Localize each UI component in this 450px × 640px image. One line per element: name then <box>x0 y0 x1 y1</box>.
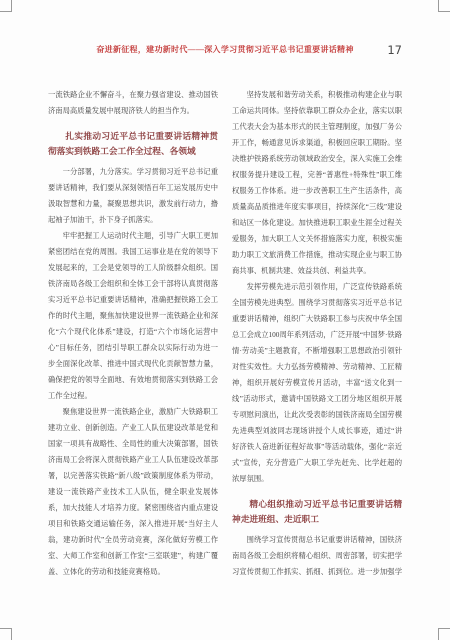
body-paragraph: 一流铁路企业不懈奋斗，在聚力强省建设、推动国铁济南局高质量发展中展现济铁人的担当… <box>48 87 218 119</box>
crop-mark-bottom-left <box>0 628 12 640</box>
crop-mark-top-right <box>438 0 450 12</box>
page-number: 17 <box>387 43 402 57</box>
crop-mark-top-left <box>0 0 12 12</box>
body-paragraph: 一分部署，九分落实。学习贯彻习近平总书记重要讲话精神，我们要从深刻领悟百年工运发… <box>48 164 218 228</box>
magazine-page: 奋进新征程，建功新时代——深入学习贯彻习近平总书记重要讲话精神 17 一流铁路企… <box>0 0 450 640</box>
article-columns: 一流铁路企业不懈奋斗，在聚力强省建设、推动国铁济南局高质量发展中展现济铁人的担当… <box>48 87 402 592</box>
section-heading: 精心组织推动习近平总书记重要讲话精神走进班组、走近职工 <box>232 497 402 527</box>
body-paragraph: 牢牢把握工人运动时代主题，引导广大职工更加紧密团结在党的周围。我国工运事业是在党… <box>48 228 218 404</box>
section-heading: 扎实推动习近平总书记重要讲话精神贯彻落实到铁路工会工作全过程、各领域 <box>48 129 218 159</box>
body-paragraph: 聚焦建设世界一流铁路企业，激励广大铁路职工建功立业、创新创造。产业工人队伍建设改… <box>48 404 218 580</box>
running-header: 奋进新征程，建功新时代——深入学习贯彻习近平总书记重要讲话精神 17 <box>48 43 402 57</box>
running-header-title: 奋进新征程，建功新时代——深入学习贯彻习近平总书记重要讲话精神 <box>48 43 402 57</box>
body-paragraph: 发挥劳模先进示范引领作用，广泛宣传铁路系统全国劳模先进典型。围绕学习贯彻落实习近… <box>232 279 402 487</box>
crop-mark-bottom-right <box>438 628 450 640</box>
body-paragraph: 坚持发展和谐劳动关系，积极推动构建企业与职工命运共同体。坚持依靠职工群众办企业，… <box>232 87 402 279</box>
